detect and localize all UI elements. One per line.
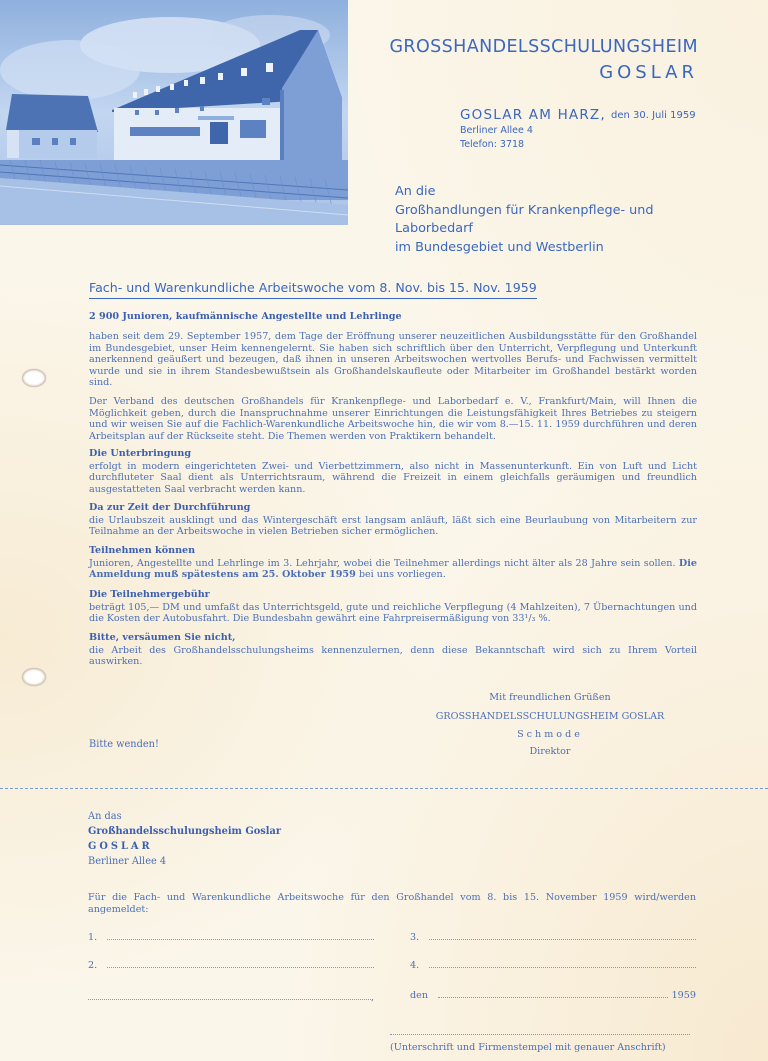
section-text: erfolgt in modern eingerichteten Zwei- u… bbox=[89, 461, 697, 495]
closing-greeting: Mit freundlichen Grüßen bbox=[420, 692, 680, 703]
letterhead-city: GOSLAR AM HARZ, bbox=[460, 107, 606, 123]
form-recipient-street: Berliner Allee 4 bbox=[88, 854, 281, 869]
signature-line[interactable] bbox=[390, 1034, 690, 1035]
form-recipient-name: Großhandelsschulungsheim Goslar bbox=[88, 824, 281, 839]
participant-field-2[interactable]: 2. bbox=[88, 960, 374, 971]
intro-paragraph: haben seit dem 29. September 1957, dem T… bbox=[89, 331, 697, 389]
section-heading: Bitte, versäumen Sie nicht, bbox=[89, 632, 697, 644]
paragraph-verband: Der Verband des deutschen Großhandels fü… bbox=[89, 396, 697, 442]
section-bitte: Bitte, versäumen Sie nicht, die Arbeit d… bbox=[89, 632, 697, 668]
participant-field-3[interactable]: 3. bbox=[410, 932, 696, 943]
section-text: die Arbeit des Großhandelsschulungsheims… bbox=[89, 645, 697, 668]
place-field[interactable]: , bbox=[88, 992, 374, 1003]
section-teilnehmen: Teilnehmen können Junioren, Angestellte … bbox=[89, 545, 697, 581]
section-heading: Da zur Zeit der Durchführung bbox=[89, 502, 697, 514]
building-illustration-icon bbox=[0, 0, 348, 225]
participant-input-line[interactable] bbox=[107, 966, 374, 968]
recipient-line: im Bundesgebiet und Westberlin bbox=[395, 239, 654, 258]
building-photo bbox=[0, 0, 348, 225]
section-heading: Die Unterbringung bbox=[89, 448, 697, 460]
binder-hole-top bbox=[22, 369, 46, 387]
section-text: Junioren, Angestellte und Lehrlinge im 3… bbox=[89, 558, 676, 569]
date-label: den bbox=[410, 990, 428, 1001]
binder-hole-bottom bbox=[22, 668, 46, 686]
participant-label: 1. bbox=[88, 932, 97, 943]
signature-caption: (Unterschrift und Firmenstempel mit gena… bbox=[390, 1042, 666, 1053]
turn-page-note: Bitte wenden! bbox=[89, 739, 159, 750]
section-heading: Die Teilnehmergebühr bbox=[89, 589, 697, 601]
section-text: die Urlaubszeit ausklingt und das Winter… bbox=[89, 515, 697, 538]
section-unterbringung: Die Unterbringung erfolgt in modern eing… bbox=[89, 448, 697, 495]
signer-name: Schmode bbox=[420, 729, 680, 740]
section-gebuehr: Die Teilnehmergebühr beträgt 105,— DM un… bbox=[89, 589, 697, 625]
recipient-line: Großhandlungen für Krankenpflege- und bbox=[395, 202, 654, 221]
date-field[interactable]: den 1959 bbox=[410, 990, 696, 1001]
section-text: beträgt 105,— DM und umfaßt das Unterric… bbox=[89, 602, 697, 625]
participant-field-1[interactable]: 1. bbox=[88, 932, 374, 943]
date-year: 1959 bbox=[672, 990, 696, 1001]
participant-label: 4. bbox=[410, 960, 419, 971]
letterhead-contact: Berliner Allee 4 Telefon: 3718 bbox=[460, 124, 533, 152]
recipient-line: An die bbox=[395, 183, 654, 202]
participant-input-line[interactable] bbox=[107, 938, 374, 940]
subject-line: Fach- und Warenkundliche Arbeitswoche vo… bbox=[89, 280, 537, 299]
section-heading: Teilnehmen können bbox=[89, 545, 697, 557]
form-recipient-city: GOSLAR bbox=[88, 839, 281, 854]
org-name-line1: GROSSHANDELSSCHULUNGSHEIM bbox=[389, 34, 698, 60]
section-text-after: bei uns vorliegen. bbox=[359, 569, 446, 580]
recipient-line: Laborbedarf bbox=[395, 220, 654, 239]
intro-heading: 2 900 Junioren, kaufmännische Angestellt… bbox=[89, 311, 402, 322]
letterhead-organization: GROSSHANDELSSCHULUNGSHEIM GOSLAR bbox=[389, 34, 698, 86]
letter-date: den 30. Juli 1959 bbox=[611, 110, 696, 121]
perforation-cut-line bbox=[0, 788, 768, 789]
date-input-line[interactable] bbox=[438, 996, 668, 998]
letterhead-address: Berliner Allee 4 bbox=[460, 124, 533, 138]
section-durchfuehrung: Da zur Zeit der Durchführung die Urlaubs… bbox=[89, 502, 697, 538]
recipient-block: An die Großhandlungen für Krankenpflege-… bbox=[395, 183, 654, 257]
participant-input-line[interactable] bbox=[429, 966, 696, 968]
place-suffix: , bbox=[371, 992, 374, 1003]
form-salutation: An das bbox=[88, 809, 281, 824]
participant-input-line[interactable] bbox=[429, 938, 696, 940]
org-name-line2: GOSLAR bbox=[389, 60, 698, 86]
letterhead-phone: Telefon: 3718 bbox=[460, 138, 533, 152]
form-address-block: An das Großhandelsschulungsheim Goslar G… bbox=[88, 809, 281, 869]
place-input-line[interactable] bbox=[88, 998, 371, 1000]
participant-label: 3. bbox=[410, 932, 419, 943]
form-intro-text: Für die Fach- und Warenkundliche Arbeits… bbox=[88, 892, 696, 916]
signer-title: Direktor bbox=[420, 746, 680, 757]
participant-field-4[interactable]: 4. bbox=[410, 960, 696, 971]
closing-organization: GROSSHANDELSSCHULUNGSHEIM GOSLAR bbox=[420, 711, 680, 722]
participant-label: 2. bbox=[88, 960, 97, 971]
